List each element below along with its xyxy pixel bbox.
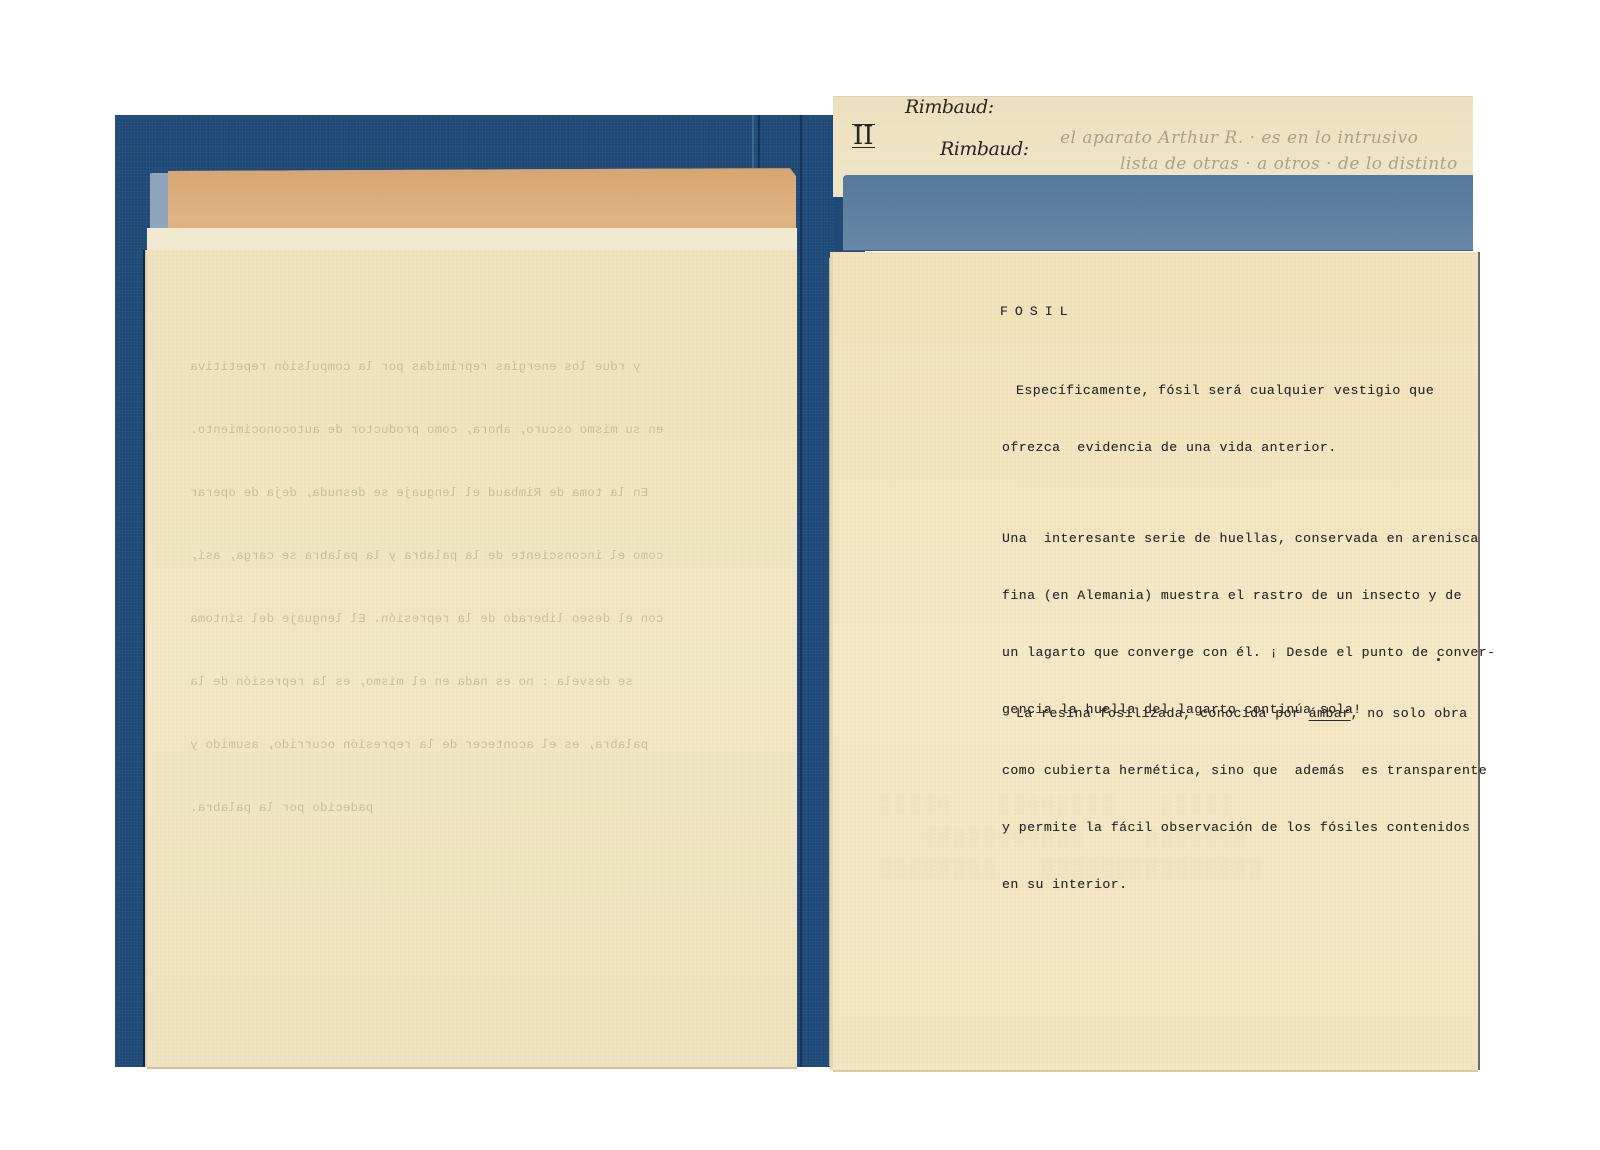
underlined-word-ambar: ámbar <box>1309 706 1351 721</box>
text-line: en su interior. <box>1002 875 1487 894</box>
handwritten-rimbaud-second: Rimbaud: <box>940 138 1029 160</box>
text-fragment: , no solo obra <box>1351 706 1468 721</box>
show-through-line: y rdue los energías reprimidas por la co… <box>190 357 690 378</box>
show-through-line: con el deseo liberado de la represión. E… <box>190 609 690 630</box>
text-line: La resina fosilizada, conocida por ámbar… <box>1002 704 1487 723</box>
text-line: como cubierta hermética, sino que además… <box>1002 761 1487 780</box>
pencil-annotation-line: el aparato Arthur R. · es en lo intrusiv… <box>1060 128 1418 148</box>
paragraph-definition: Específicamente, fósil será cualquier ve… <box>1002 343 1434 476</box>
text-line: fina (en Alemania) muestra el rastro de … <box>1002 586 1495 605</box>
pencil-annotation-line: lista de otras · a otros · de lo distint… <box>1120 154 1458 174</box>
handwritten-rimbaud-top: Rimbaud: <box>905 96 994 118</box>
show-through-line: En la toma de Rimbaud el lenguaje se des… <box>190 483 690 504</box>
blue-grey-sheet <box>843 175 1473 250</box>
ink-speck <box>1437 658 1440 661</box>
show-through-text: y rdue los energías reprimidas por la co… <box>190 315 690 840</box>
folder-crease <box>800 115 802 1067</box>
show-through-line: se desvela : no es nada en el mismo, es … <box>190 672 690 693</box>
show-through-line: en su mismo oscuro, ahora, como producto… <box>190 420 690 441</box>
roman-numeral-two: II <box>852 124 875 148</box>
paragraph-amber: La resina fosilizada, conocida por ámbar… <box>1002 666 1487 913</box>
text-line: ofrezca evidencia de una vida anterior. <box>1002 438 1434 457</box>
text-line: Una interesante serie de huellas, conser… <box>1002 529 1495 548</box>
text-fragment: La resina fosilizada, conocida por <box>1016 706 1309 721</box>
show-through-line: palabra, es el acontecer de la represión… <box>190 735 690 756</box>
show-through-line: padecido por la palabra. <box>190 798 690 819</box>
text-line: y permite la fácil observación de los fó… <box>1002 818 1487 837</box>
page-title: FOSIL <box>1000 302 1075 321</box>
text-line: un lagarto que converge con él. ¡ Desde … <box>1002 643 1495 662</box>
show-through-line: como el inconsciente de la palabra y la … <box>190 546 690 567</box>
text-line: Específicamente, fósil será cualquier ve… <box>1002 381 1434 400</box>
